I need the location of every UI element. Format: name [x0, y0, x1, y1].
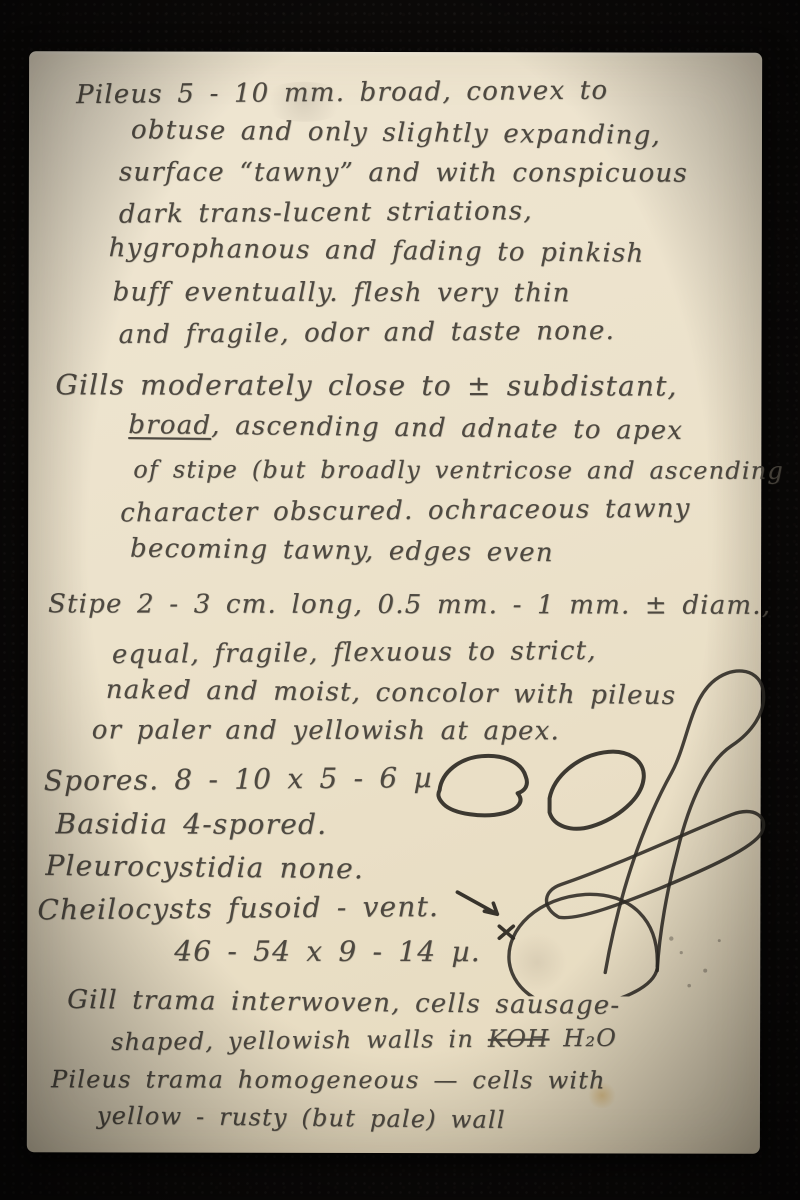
- handwritten-line: hygrophanous and fading to pinkish: [109, 235, 645, 267]
- index-card: Pileus 5 - 10 mm. broad, convex to obtus…: [27, 51, 762, 1154]
- line-rest: , ascending and adnate to apex: [211, 411, 683, 446]
- photo-background: { "card": { "lines": [ {"text": "Pileus …: [0, 0, 800, 1200]
- handwritten-line-gills: Gills moderately close to ± subdistant,: [55, 371, 677, 400]
- spore-outline-1-icon: [438, 756, 527, 816]
- ink-speck: [680, 951, 683, 954]
- ink-speck: [703, 969, 707, 973]
- cheilocystidium-sketch-1-bulb: [509, 894, 658, 997]
- handwritten-line: buff eventually. flesh very thin: [113, 279, 571, 306]
- handwritten-line-stipe: Stipe 2 - 3 cm. long, 0.5 mm. - 1 mm. ± …: [48, 591, 771, 619]
- handwritten-line-pileus-trama: Pileus trama homogeneous — cells with: [51, 1067, 606, 1092]
- handwritten-line: becoming tawny, edges even: [130, 536, 554, 567]
- cheilocystidium-sketch-1-icon: [605, 671, 763, 973]
- handwritten-line: of stipe (but broadly ventricose and asc…: [133, 457, 784, 482]
- handwritten-line: dark trans-lucent striations,: [119, 198, 533, 227]
- handwritten-line: yellow - rusty (but pale) wall: [97, 1104, 506, 1132]
- x-mark: [499, 926, 513, 938]
- handwritten-line-pleurocystidia: Pleurocystidia none.: [45, 852, 364, 883]
- line-pre: shaped, yellowish walls in: [111, 1025, 488, 1056]
- handwritten-line: obtuse and only slightly expanding,: [131, 117, 661, 149]
- handwritten-line: shaped, yellowish walls in KOH H₂O: [111, 1026, 617, 1054]
- ink-speck: [669, 936, 673, 940]
- handwritten-line: surface “tawny” and with conspicuous: [119, 159, 688, 186]
- handwritten-line: and fragile, odor and taste none.: [118, 318, 615, 348]
- handwritten-line-spores: Spores. 8 - 10 x 5 - 6 µ: [44, 764, 433, 795]
- handwritten-line: broad, ascending and adnate to apex: [128, 412, 683, 444]
- struck-word: KOH: [488, 1024, 550, 1053]
- underlined-word: broad: [128, 410, 211, 441]
- handwritten-line-basidia: Basidia 4-spored.: [56, 810, 328, 839]
- handwritten-line: character obscured. ochraceous tawny: [120, 496, 691, 527]
- pointer-arrow-icon: [457, 892, 497, 914]
- handwritten-line-cheilocysts: Cheilocysts fusoid - vent.: [37, 893, 439, 924]
- specimen-sketches: [419, 640, 780, 997]
- handwritten-line-pileus: Pileus 5 - 10 mm. broad, convex to: [76, 78, 608, 108]
- spore-outline-2-icon: [550, 752, 644, 829]
- ink-speck: [687, 984, 691, 988]
- line-post: H₂O: [549, 1024, 617, 1053]
- ink-speck: [718, 939, 721, 942]
